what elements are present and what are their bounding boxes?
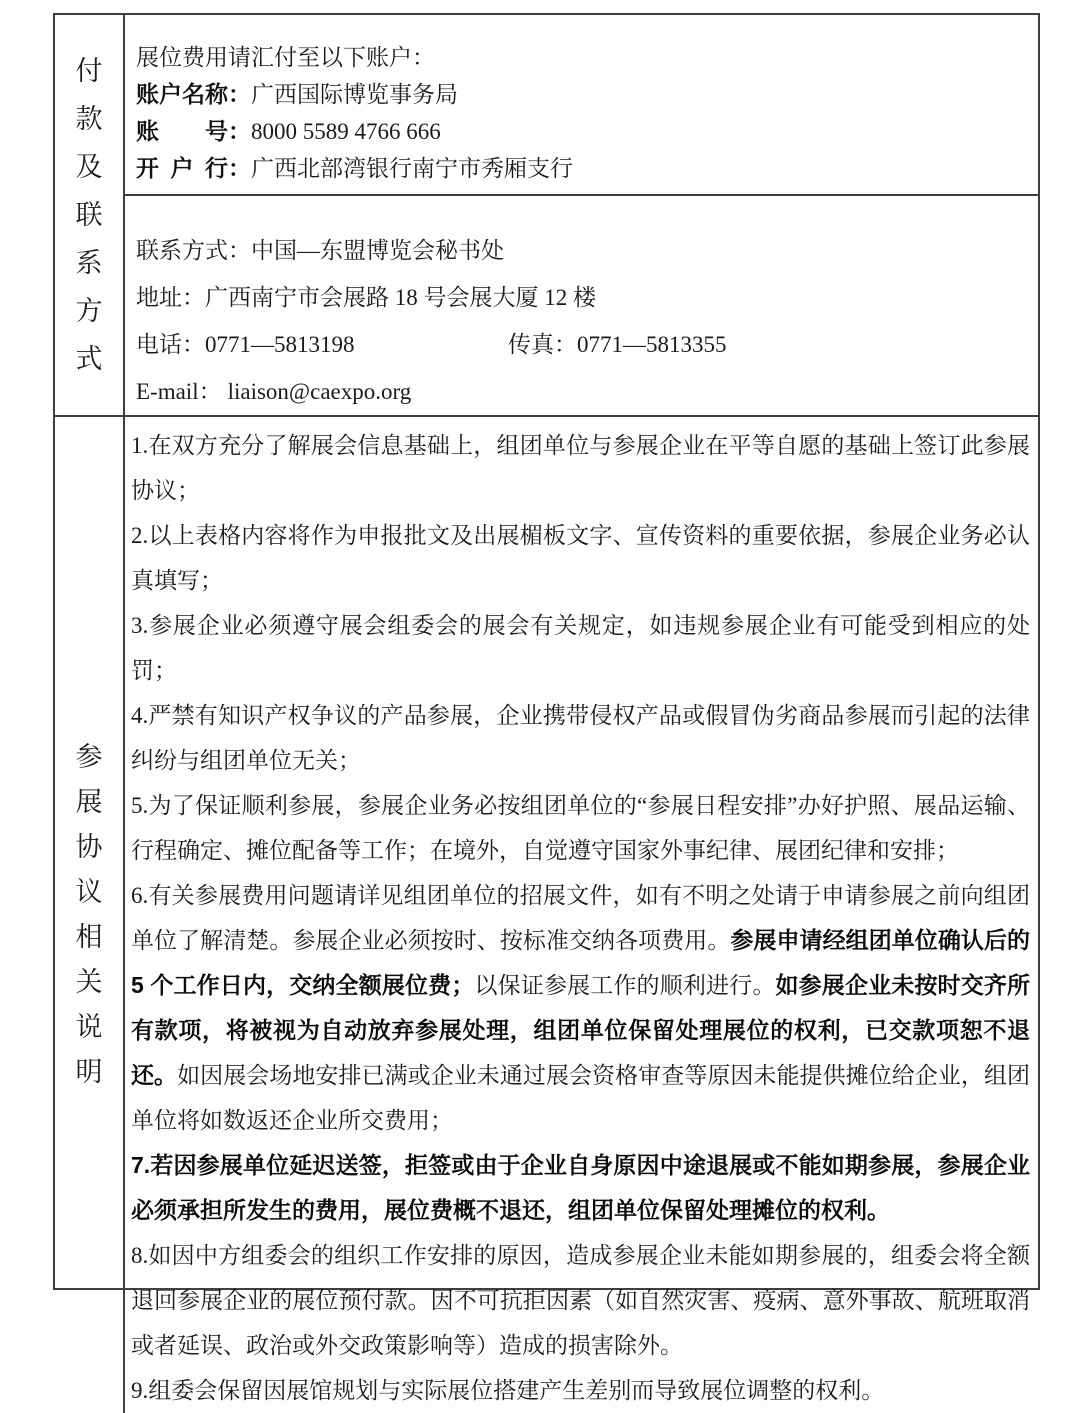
header-char: 明 [76, 1059, 103, 1086]
account-name-value: 广西国际博览事务局 [251, 82, 458, 107]
clause-text: 2.以上表格内容将作为申报批文及出展楣板文字、宣传资料的重要依据，参展企业务必认… [131, 523, 1030, 593]
address-value: 广西南宁市会展路 18 号会展大厦 12 楼 [205, 285, 596, 310]
account-number-value: 8000 5589 4766 666 [251, 119, 441, 144]
clause-text: 4.严禁有知识产权争议的产品参展，企业携带侵权产品或假冒伪劣商品参展而引起的法律… [131, 703, 1030, 773]
form-table: 付 款 及 联 系 方 式 展位费用请汇付至以下账户： 账户名称：广西国际博览事… [53, 13, 1040, 1290]
phone-value: 0771—5813198 [205, 332, 355, 357]
header-char: 式 [76, 346, 103, 373]
agreement-item-1: 1.在双方充分了解展会信息基础上，组团单位与参展企业在平等自愿的基础上签订此参展… [131, 423, 1030, 513]
account-number-row: 账 号：8000 5589 4766 666 [136, 113, 1028, 150]
header-char: 系 [76, 250, 103, 277]
fax-group: 传真：0771—5813355 [508, 332, 727, 357]
email-row: E-mail：liaison@caexpo.org [136, 368, 1028, 415]
address-row: 地址：广西南宁市会展路 18 号会展大厦 12 楼 [136, 274, 1028, 321]
clause-text: 3.参展企业必须遵守展会组委会的展会有关规定，如违规参展企业有可能受到相应的处罚… [131, 613, 1030, 683]
agreement-row-header: 参 展 协 议 相 关 说 明 [55, 417, 125, 1413]
phone-label: 电话： [136, 332, 205, 357]
clause-text: 5.为了保证顺利参展，参展企业务必按组团单位的“参展日程安排”办好护照、展品运输… [131, 793, 1030, 863]
agreement-row: 参 展 协 议 相 关 说 明 1.在双方充分了解展会信息基础上，组团单位与参展… [55, 417, 1038, 1413]
header-char: 款 [76, 106, 103, 133]
account-name-label: 账户名称： [136, 81, 251, 107]
contact-cell: 联系方式：中国—东盟博览会秘书处 地址：广西南宁市会展路 18 号会展大厦 12… [125, 196, 1038, 415]
clause-text: 1.在双方充分了解展会信息基础上，组团单位与参展企业在平等自愿的基础上签订此参展… [131, 433, 1030, 503]
agreement-item-7: 7.若因参展单位延迟送签，拒签或由于企业自身原因中途退展或不能如期参展，参展企业… [131, 1143, 1030, 1233]
header-char: 协 [76, 834, 103, 861]
header-char: 方 [76, 298, 103, 325]
payment-row-header: 付 款 及 联 系 方 式 [55, 15, 125, 415]
fax-label: 传真： [508, 332, 577, 357]
header-char: 及 [76, 154, 103, 181]
header-char: 说 [76, 1014, 103, 1041]
agreement-item-3: 3.参展企业必须遵守展会组委会的展会有关规定，如违规参展企业有可能受到相应的处罚… [131, 603, 1030, 693]
email-value: liaison@caexpo.org [228, 379, 412, 404]
account-intro: 展位费用请汇付至以下账户： [136, 40, 1028, 76]
agreement-item-8: 8.如因中方组委会的组织工作安排的原因，造成参展企业未能如期参展的，组委会将全额… [131, 1233, 1030, 1368]
header-char: 议 [76, 879, 103, 906]
agreement-content: 1.在双方充分了解展会信息基础上，组团单位与参展企业在平等自愿的基础上签订此参展… [125, 417, 1038, 1413]
agreement-item-9: 9.组委会保留因展馆规划与实际展位搭建产生差别而导致展位调整的权利。 [131, 1368, 1030, 1413]
header-char: 展 [76, 789, 103, 816]
email-label: E-mail： [136, 379, 222, 404]
bank-account-cell: 展位费用请汇付至以下账户： 账户名称：广西国际博览事务局 账 号：8000 55… [125, 15, 1038, 196]
header-char: 关 [76, 969, 103, 996]
header-char: 相 [76, 924, 103, 951]
clause-text: 以保证参展工作的顺利进行。 [474, 973, 775, 998]
phone-group: 电话：0771—5813198 [136, 321, 508, 368]
agreement-item-2: 2.以上表格内容将作为申报批文及出展楣板文字、宣传资料的重要依据，参展企业务必认… [131, 513, 1030, 603]
bank-branch-row: 开 户 行：广西北部湾银行南宁市秀厢支行 [136, 150, 1028, 187]
account-number-label: 账 号： [136, 118, 251, 144]
agreement-item-5: 5.为了保证顺利参展，参展企业务必按组团单位的“参展日程安排”办好护照、展品运输… [131, 783, 1030, 873]
contact-org-label: 联系方式： [136, 238, 251, 263]
phone-fax-row: 电话：0771—5813198传真：0771—5813355 [136, 321, 1028, 368]
clause-text: 8.如因中方组委会的组织工作安排的原因，造成参展企业未能如期参展的，组委会将全额… [131, 1243, 1030, 1358]
clause-text: 9.组委会保留因展馆规划与实际展位搭建产生差别而导致展位调整的权利。 [131, 1378, 884, 1403]
address-label: 地址： [136, 285, 205, 310]
account-name-row: 账户名称：广西国际博览事务局 [136, 76, 1028, 113]
agreement-item-6: 6.有关参展费用问题请详见组团单位的招展文件，如有不明之处请于申请参展之前向组团… [131, 873, 1030, 1143]
header-char: 付 [76, 58, 103, 85]
agreement-item-4: 4.严禁有知识产权争议的产品参展，企业携带侵权产品或假冒伪劣商品参展而引起的法律… [131, 693, 1030, 783]
header-char: 参 [76, 744, 103, 771]
clause-text: 如因展会场地安排已满或企业未通过展会资格审查等原因未能提供摊位给企业，组团单位将… [131, 1063, 1030, 1133]
bank-branch-value: 广西北部湾银行南宁市秀厢支行 [251, 156, 573, 181]
payment-contact-row: 付 款 及 联 系 方 式 展位费用请汇付至以下账户： 账户名称：广西国际博览事… [55, 15, 1038, 417]
payment-content: 展位费用请汇付至以下账户： 账户名称：广西国际博览事务局 账 号：8000 55… [125, 15, 1038, 415]
clause-text-bold: 7.若因参展单位延迟送签，拒签或由于企业自身原因中途退展或不能如期参展，参展企业… [131, 1152, 1030, 1223]
header-char: 联 [76, 202, 103, 229]
contact-org-value: 中国—东盟博览会秘书处 [251, 238, 504, 263]
fax-value: 0771—5813355 [577, 332, 727, 357]
bank-branch-label: 开 户 行： [136, 155, 251, 181]
contact-org-row: 联系方式：中国—东盟博览会秘书处 [136, 227, 1028, 274]
